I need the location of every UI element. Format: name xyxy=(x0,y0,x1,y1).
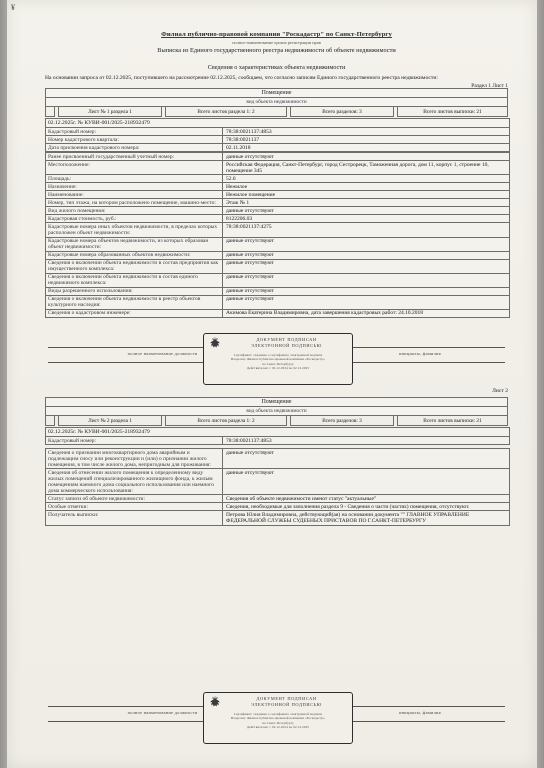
table-row: Особые отметки:Сведения, необходимые для… xyxy=(46,503,509,511)
stamp-detail-line: Действителен: с 02.12.2024 по 02.12.2025 xyxy=(208,366,348,370)
meta-stub-cell xyxy=(45,415,55,426)
table-row: Местоположение:Российская Федерация, Сан… xyxy=(46,161,509,175)
row-label: Вид жилого помещения: xyxy=(46,207,223,214)
meta-cell: Всего листов выписки: 21 xyxy=(397,415,508,426)
table-row: Сведения о включении объекта недвижимост… xyxy=(46,260,509,274)
row-value: Этаж № 1 xyxy=(223,199,509,206)
row-value: данные отсутствуют xyxy=(223,153,509,160)
row-value: 02.11.2018 xyxy=(223,144,509,151)
row-value: данные отсутствуют xyxy=(223,274,509,287)
row-label: Сведения о включении объекта недвижимост… xyxy=(46,274,223,287)
meta-cell: Всего листов раздела 1: 2 xyxy=(165,106,287,117)
row-label: Кадастровые номера иных объектов недвижи… xyxy=(46,223,223,236)
row-value: Российская Федерация, Санкт-Петербург, г… xyxy=(223,161,509,174)
digital-signature-stamp: ДОКУМЕНТ ПОДПИСАН ЭЛЕКТРОННОЙ ПОДПИСЬЮ С… xyxy=(203,333,353,385)
sheet2-characteristics-table: Сведения о признании многоквартирного до… xyxy=(45,448,510,526)
scan-edge-left xyxy=(0,0,7,768)
row-label: Местоположение: xyxy=(46,161,223,174)
row-value: 78:38:0021137:4853 xyxy=(223,437,509,444)
row-value: Сведения об объекте недвижимости имеют с… xyxy=(223,495,509,502)
row-label: Площадь: xyxy=(46,175,223,182)
org-name-caption: полное наименование органа регистрации п… xyxy=(45,40,508,45)
section-title: Сведения о характеристиках объекта недви… xyxy=(45,64,508,71)
table-row: Номер кадастрового квартала:78:38:002113… xyxy=(46,136,509,144)
table-row: Сведения о кадастровом инженере:Акимова … xyxy=(46,310,509,317)
row-label: Сведения о кадастровом инженере: xyxy=(46,310,223,317)
stamp-details: Сертификат: сведения о сертификате элект… xyxy=(208,353,348,370)
row-label: Сведения о включении объекта недвижимост… xyxy=(46,296,223,309)
row-value: Нежилое помещение xyxy=(223,191,509,198)
table-row: Получатель выписки:Петрова Юлия Владимир… xyxy=(46,511,509,524)
row-label: Виды разрешенного использования: xyxy=(46,288,223,295)
row-label: Дата присвоения кадастрового номера: xyxy=(46,144,223,151)
scan-edge-right xyxy=(537,0,544,768)
stamp-subtitle: ЭЛЕКТРОННОЙ ПОДПИСЬЮ xyxy=(225,702,348,708)
table-row: Кадастровые номера объектов недвижимости… xyxy=(46,238,509,252)
row-value: 78:38:0021137 xyxy=(223,136,509,143)
row-value: 78:38:0021137:4275 xyxy=(223,223,509,236)
table-row: Кадастровая стоимость, руб.:8122206.03 xyxy=(46,215,509,223)
table-row: Наименование:Нежилое помещение xyxy=(46,191,509,199)
org-name: Филиал публично-правовой компании "Роска… xyxy=(45,31,508,38)
table-row: Кадастровые номера иных объектов недвижи… xyxy=(46,223,509,237)
row-value: данные отсутствуют xyxy=(223,207,509,214)
table-row: Кадастровый номер:78:38:0021137:4853 xyxy=(46,437,509,444)
coat-of-arms-icon xyxy=(208,696,222,710)
coat-of-arms-icon xyxy=(208,337,222,351)
document-title: Выписка из Единого государственного реес… xyxy=(45,47,508,54)
row-label: Кадастровые номера образованных объектов… xyxy=(46,252,223,259)
name-label: инициалы, фамилия xyxy=(350,710,490,715)
table-row: Сведения о включении объекта недвижимост… xyxy=(46,274,509,288)
digital-signature-stamp: ДОКУМЕНТ ПОДПИСАН ЭЛЕКТРОННОЙ ПОДПИСЬЮ С… xyxy=(203,692,353,744)
row-value: данные отсутствуют xyxy=(223,252,509,259)
row-value: данные отсутствуют xyxy=(223,260,509,273)
row-label: Особые отметки: xyxy=(46,503,223,510)
object-type-band: Помещение вид объекта недвижимости xyxy=(45,88,508,107)
table-row: Сведения о включении объекта недвижимост… xyxy=(46,296,509,310)
sheet2-id-table: 02.12.2025г. № КУВИ-001/2025-218932479 К… xyxy=(45,427,510,445)
row-value: данные отсутствуют xyxy=(223,238,509,251)
row-value: Нежилое xyxy=(223,183,509,190)
meta-cell: Всего разделов: 3 xyxy=(290,415,394,426)
row-value: данные отсутствуют xyxy=(223,288,509,295)
meta-cell: Всего листов раздела 1: 2 xyxy=(165,415,287,426)
row-value: 52.6 xyxy=(223,175,509,182)
table-row: Кадастровые номера образованных объектов… xyxy=(46,252,509,260)
row-label: Наименование: xyxy=(46,191,223,198)
row-value: данные отсутствуют xyxy=(223,449,509,468)
stamp-detail-line: Действителен: с 02.12.2024 по 02.12.2025 xyxy=(208,725,348,729)
row-value: Петрова Юлия Владимировна, действующий(а… xyxy=(223,511,509,524)
meta-stub-cell xyxy=(45,106,55,117)
row-value: 8122206.03 xyxy=(223,215,509,222)
row-value: Акимова Екатерина Владимировна, дата зав… xyxy=(223,310,509,317)
row-label: Сведения о включении объекта недвижимост… xyxy=(46,260,223,273)
table-row: Сведения о признании многоквартирного до… xyxy=(46,449,509,469)
row-label: Кадастровый номер: xyxy=(46,128,223,135)
request-number: 02.12.2025г. № КУВИ-001/2025-218932479 xyxy=(46,428,509,437)
row-value: 78:38:0021137:4853 xyxy=(223,128,509,135)
row-label: Кадастровая стоимость, руб.: xyxy=(46,215,223,222)
stamp-details: Сертификат: сведения о сертификате элект… xyxy=(208,712,348,729)
table-row: Статус записи об объекте недвижимости:Св… xyxy=(46,495,509,503)
row-label: Сведения об отнесении жилого помещения к… xyxy=(46,469,223,494)
meta-cell: Лист № 2 раздела 1 xyxy=(58,415,162,426)
table-row: Ранее присвоенный государственный учетны… xyxy=(46,153,509,161)
sheet-meta-row-2: Лист № 2 раздела 1Всего листов раздела 1… xyxy=(45,415,508,426)
table-row: Дата присвоения кадастрового номера:02.1… xyxy=(46,144,509,151)
sheet1-characteristics-table: Ранее присвоенный государственный учетны… xyxy=(45,152,510,318)
sheet1-id-table: 02.12.2025г. № КУВИ-001/2025-218932479 К… xyxy=(45,118,510,152)
table-row: Сведения об отнесении жилого помещения к… xyxy=(46,469,509,495)
table-row: Площадь:52.6 xyxy=(46,175,509,183)
row-label: Кадастровые номера объектов недвижимости… xyxy=(46,238,223,251)
row-value: данные отсутствуют xyxy=(223,296,509,309)
scan-artifact-mark: ¥ xyxy=(11,3,15,12)
request-number: 02.12.2025г. № КУВИ-001/2025-218932479 xyxy=(46,119,509,128)
name-label: инициалы, фамилия xyxy=(350,351,490,356)
table-row: Кадастровый номер:78:38:0021137:4853 xyxy=(46,128,509,136)
row-label: Получатель выписки: xyxy=(46,511,223,524)
meta-cell: Лист № 1 раздела 1 xyxy=(58,106,162,117)
object-type-band-2: Помещение вид объекта недвижимости xyxy=(45,397,508,416)
row-label: Сведения о признании многоквартирного до… xyxy=(46,449,223,468)
table-row: Назначение:Нежилое xyxy=(46,183,509,191)
row-label: Ранее присвоенный государственный учетны… xyxy=(46,153,223,160)
row-label: Номер, тип этажа, на котором расположено… xyxy=(46,199,223,206)
table-row: Вид жилого помещения:данные отсутствуют xyxy=(46,207,509,215)
stamp-subtitle: ЭЛЕКТРОННОЙ ПОДПИСЬЮ xyxy=(225,343,348,349)
sheet2-page-ref: Лист 2 xyxy=(45,388,508,394)
meta-cell: Всего листов выписки: 21 xyxy=(397,106,508,117)
row-label: Статус записи об объекте недвижимости: xyxy=(46,495,223,502)
row-label: Назначение: xyxy=(46,183,223,190)
signature-block-1: полное наименование должности инициалы, … xyxy=(45,333,508,389)
row-label: Номер кадастрового квартала: xyxy=(46,136,223,143)
table-row: Номер, тип этажа, на котором расположено… xyxy=(46,199,509,207)
table-row: Виды разрешенного использования:данные о… xyxy=(46,288,509,296)
sheet-meta-row: Лист № 1 раздела 1Всего листов раздела 1… xyxy=(45,106,508,117)
row-label: Кадастровый номер: xyxy=(46,437,223,444)
row-value: Сведения, необходимые для заполнения раз… xyxy=(223,503,509,510)
meta-cell: Всего разделов: 3 xyxy=(290,106,394,117)
request-basis-line: На основании запроса от 02.12.2025, пост… xyxy=(45,75,508,81)
signature-block-2: полное наименование должности инициалы, … xyxy=(45,692,508,748)
row-value: данные отсутствуют xyxy=(223,469,509,494)
